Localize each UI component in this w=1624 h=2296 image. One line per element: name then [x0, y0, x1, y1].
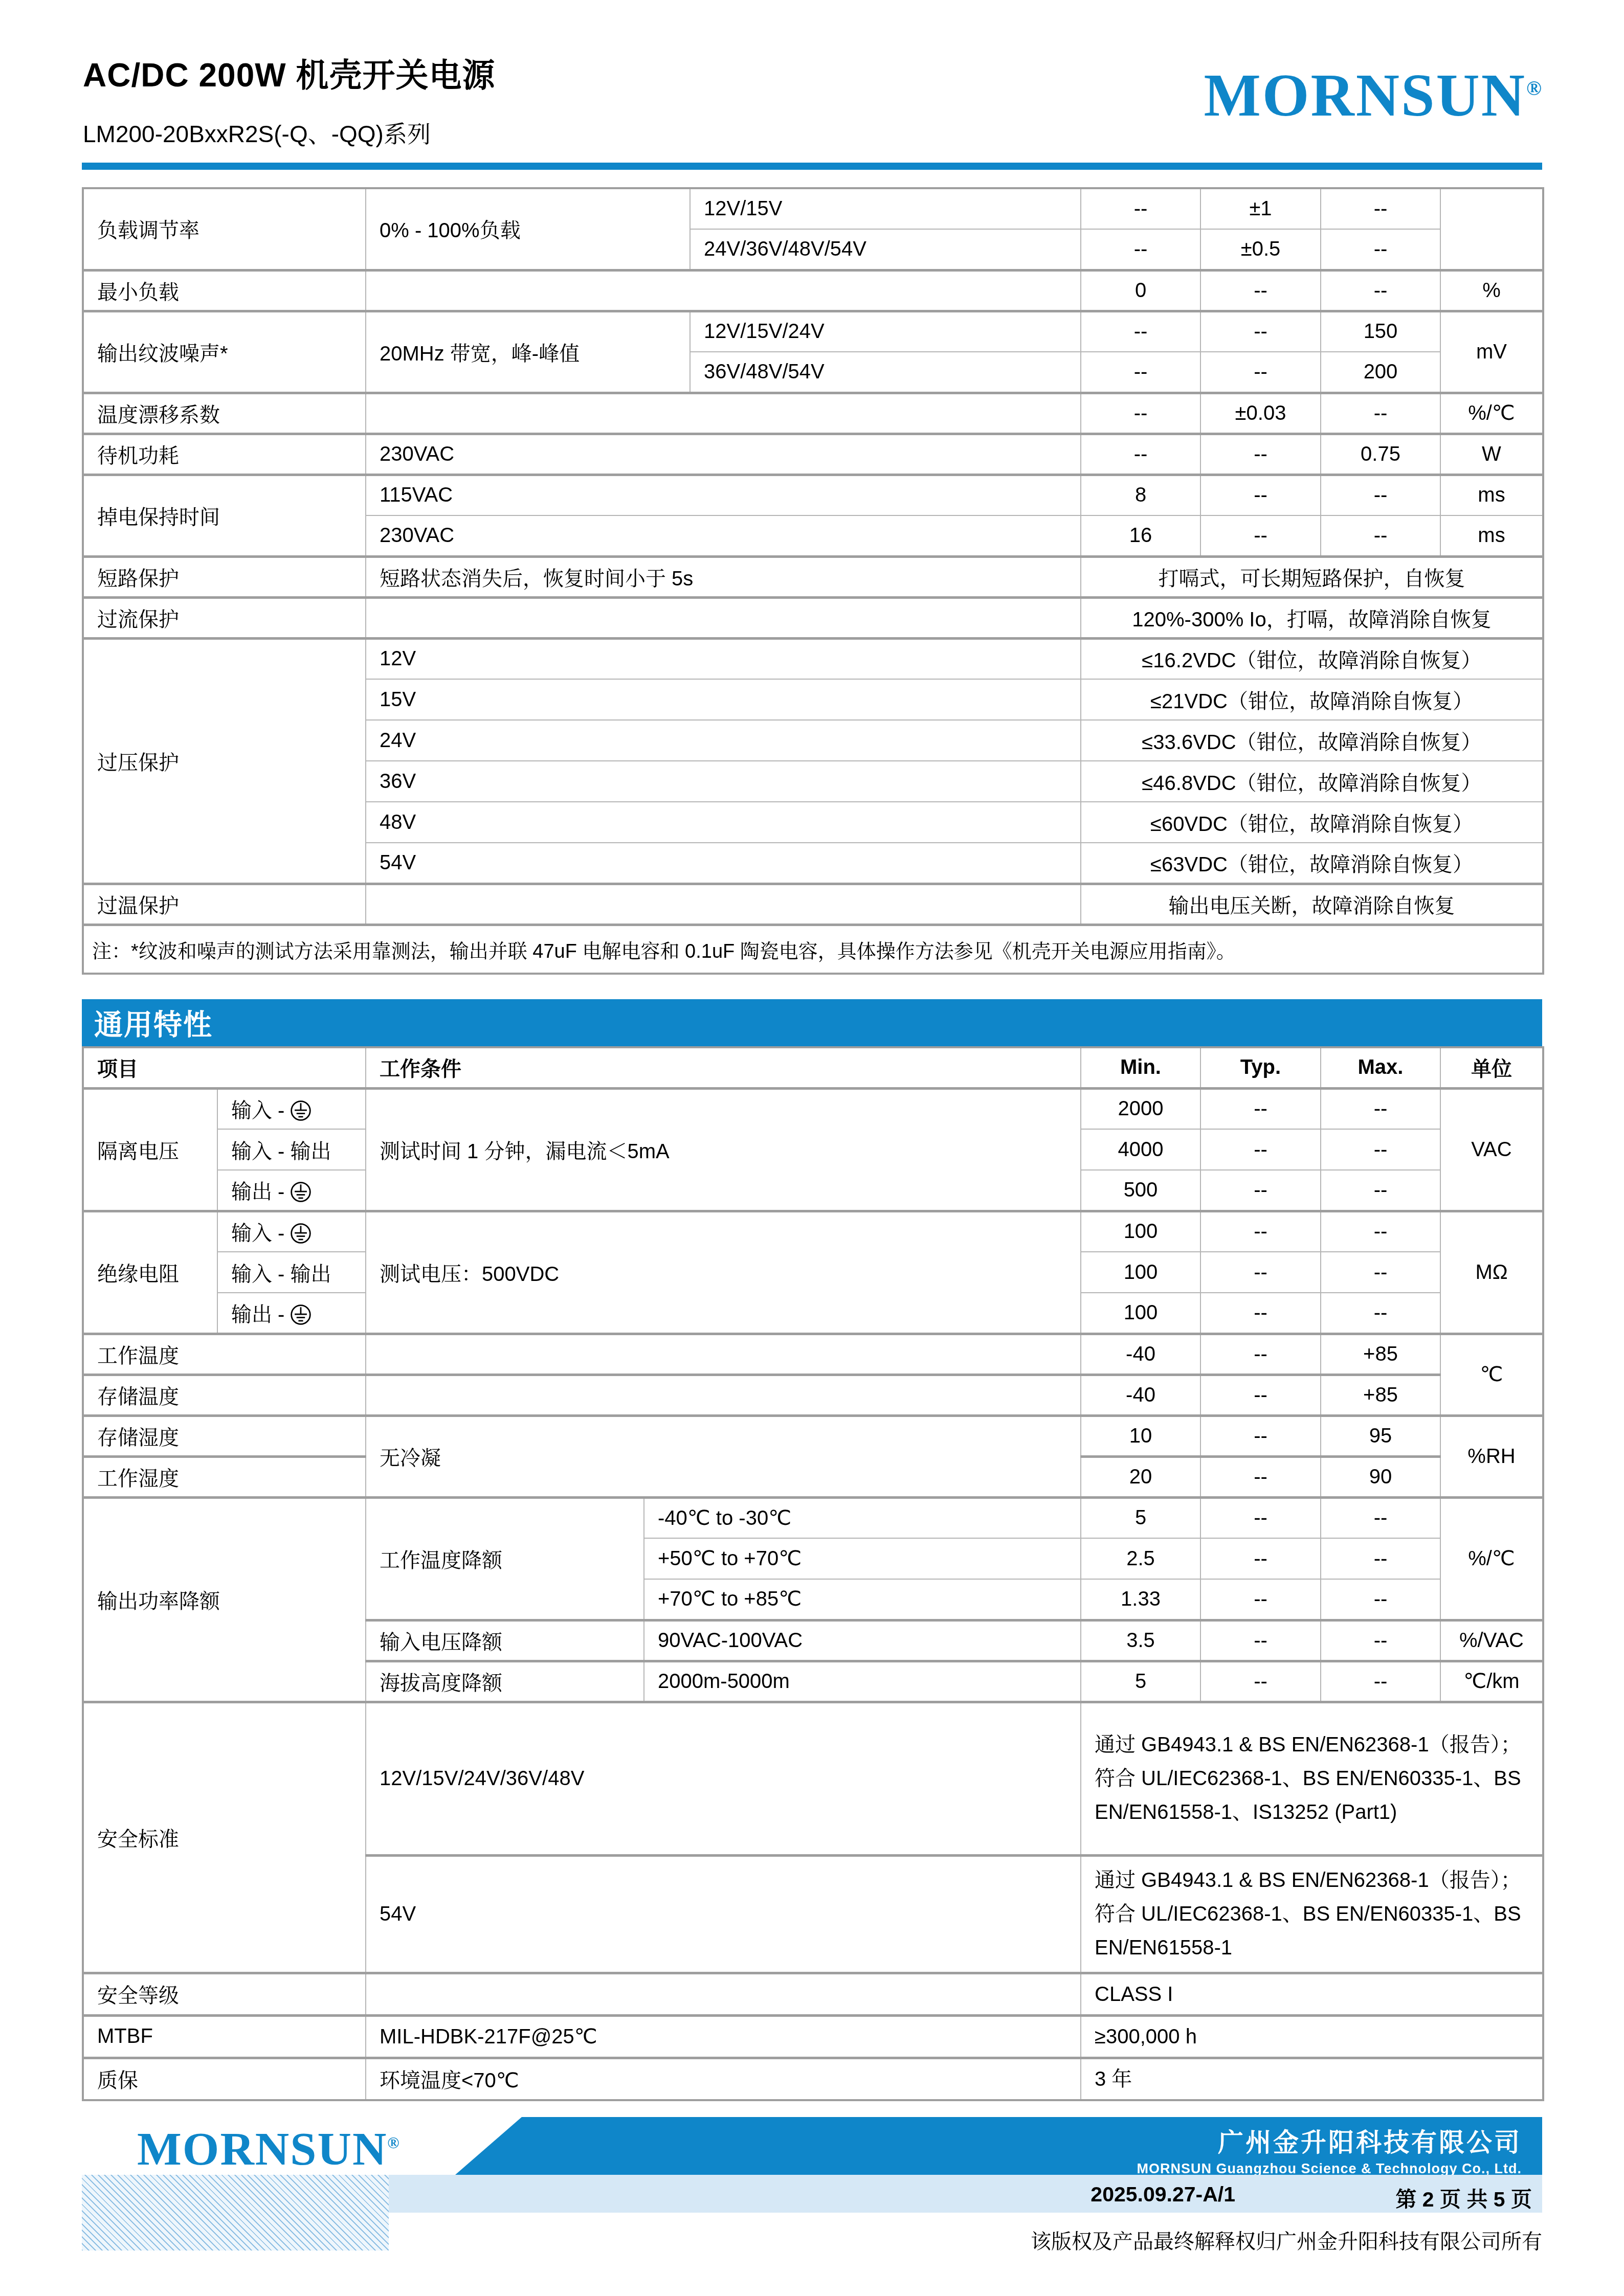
- cell-max: 90: [1321, 1456, 1440, 1497]
- cell-max: --: [1321, 1538, 1440, 1579]
- cell-min: --: [1081, 229, 1200, 270]
- footer-registered-mark: ®: [387, 2134, 400, 2152]
- cell-typ: --: [1200, 434, 1321, 475]
- footer-mornsun-logo: MORNSUN®: [137, 2125, 401, 2172]
- cell-unit: VAC: [1440, 1088, 1543, 1211]
- cell-condition: 230VAC: [366, 434, 1081, 475]
- cell-value: 通过 GB4943.1 & BS EN/EN62368-1（报告）；符合 UL/…: [1081, 1855, 1543, 1973]
- cell-label: 绝缘电阻: [83, 1211, 217, 1334]
- company-name-cn: 广州金升阳科技有限公司: [455, 2122, 1522, 2159]
- path-text: 输入 -: [231, 1099, 284, 1122]
- cell-sublabel: 工作温度降额: [366, 1497, 644, 1620]
- cell-subcondition: 54V: [366, 843, 1081, 884]
- cell-unit: ms: [1440, 475, 1543, 515]
- cell-value: 通过 GB4943.1 & BS EN/EN62368-1（报告）；符合 UL/…: [1081, 1702, 1543, 1855]
- path-text: 输入 - 输出: [231, 1140, 331, 1163]
- cell-min: 16: [1081, 515, 1200, 556]
- cell-typ: --: [1200, 1211, 1321, 1252]
- cell-unit: %/℃: [1440, 393, 1543, 434]
- cell-max: +85: [1321, 1334, 1440, 1375]
- cell-typ: --: [1200, 515, 1321, 556]
- header-max: Max.: [1321, 1047, 1440, 1088]
- cell-condition: [366, 884, 1081, 925]
- cell-unit: W: [1440, 434, 1543, 475]
- cell-label: 质保: [83, 2058, 366, 2100]
- cell-min: 8: [1081, 475, 1200, 515]
- footer-logo-text: MORNSUN: [137, 2123, 387, 2175]
- cell-max: --: [1321, 1661, 1440, 1702]
- cell-unit: %: [1440, 270, 1543, 311]
- cell-typ: ±0.03: [1200, 393, 1321, 434]
- header-condition: 工作条件: [366, 1047, 1081, 1088]
- cell-path: 输入 -: [217, 1211, 366, 1252]
- cell-condition: [366, 1334, 1081, 1375]
- cell-value: ≤60VDC（钳位，故障消除自恢复）: [1081, 802, 1543, 843]
- cell-max: --: [1321, 1252, 1440, 1293]
- cell-typ: --: [1200, 1129, 1321, 1170]
- cell-condition: 测试电压：500VDC: [366, 1211, 1081, 1334]
- cell-condition: [366, 393, 1081, 434]
- header-unit: 单位: [1440, 1047, 1543, 1088]
- cell-max: +85: [1321, 1375, 1440, 1415]
- protective-earth-icon: [290, 1222, 312, 1245]
- cell-unit: mV: [1440, 311, 1543, 393]
- cell-value: ≤21VDC（钳位，故障消除自恢复）: [1081, 679, 1543, 720]
- cell-condition: [366, 270, 1081, 311]
- header-rule: [82, 163, 1542, 170]
- general-table: 项目 工作条件 Min. Typ. Max. 单位 隔离电压 输入 - 测试时间…: [82, 1046, 1544, 2101]
- cell-condition: 测试时间 1 分钟，漏电流＜5mA: [366, 1088, 1081, 1211]
- cell-min: 5: [1081, 1497, 1200, 1538]
- cell-condition: [366, 597, 1081, 638]
- cell-path: 输入 - 输出: [217, 1252, 366, 1293]
- cell-unit: %RH: [1440, 1415, 1543, 1497]
- cell-typ: --: [1200, 1375, 1321, 1415]
- cell-max: --: [1321, 1579, 1440, 1620]
- cell-min: 2.5: [1081, 1538, 1200, 1579]
- cell-value: 3 年: [1081, 2058, 1543, 2100]
- cell-label: 过压保护: [83, 638, 366, 884]
- cell-subcondition: 48V: [366, 802, 1081, 843]
- cell-subcondition: 36V: [366, 761, 1081, 802]
- cell-typ: --: [1200, 1252, 1321, 1293]
- cell-label: 过流保护: [83, 597, 366, 638]
- cell-condition: MIL-HDBK-217F@25℃: [366, 2015, 1081, 2058]
- cell-value: 输出电压关断，故障消除自恢复: [1081, 884, 1543, 925]
- cell-max: 200: [1321, 352, 1440, 393]
- header-item: 项目: [83, 1047, 366, 1088]
- header-typ: Typ.: [1200, 1047, 1321, 1088]
- cell-max: --: [1321, 475, 1440, 515]
- registered-mark: ®: [1526, 77, 1543, 100]
- cell-typ: --: [1200, 270, 1321, 311]
- cell-min: 2000: [1081, 1088, 1200, 1129]
- cell-path: 输出 -: [217, 1170, 366, 1211]
- cell-min: --: [1081, 352, 1200, 393]
- cell-subcondition: -40℃ to -30℃: [644, 1497, 1081, 1538]
- cell-unit: ℃: [1440, 1334, 1543, 1415]
- cell-max: --: [1321, 270, 1440, 311]
- cell-typ: --: [1200, 311, 1321, 352]
- cell-subcondition: 12V/15V/24V: [690, 311, 1081, 352]
- cell-value: ≥300,000 h: [1081, 2015, 1543, 2058]
- cell-min: 100: [1081, 1293, 1200, 1334]
- cell-condition: 短路状态消失后，恢复时间小于 5s: [366, 556, 1081, 597]
- cell-condition: 无冷凝: [366, 1415, 1081, 1497]
- cell-typ: --: [1200, 1620, 1321, 1661]
- cell-unit: MΩ: [1440, 1211, 1543, 1334]
- cell-label: 过温保护: [83, 884, 366, 925]
- cell-label: 安全等级: [83, 1973, 366, 2015]
- path-text: 输入 -: [231, 1222, 284, 1245]
- cell-max: --: [1321, 1497, 1440, 1538]
- cell-label: 隔离电压: [83, 1088, 217, 1211]
- page-footer: MORNSUN® 广州金升阳科技有限公司 MORNSUN Guangzhou S…: [82, 2117, 1542, 2296]
- cell-max: 0.75: [1321, 434, 1440, 475]
- cell-condition: [366, 1973, 1081, 2015]
- cell-max: 95: [1321, 1415, 1440, 1456]
- cell-unit: %/VAC: [1440, 1620, 1543, 1661]
- cell-subcondition: +70℃ to +85℃: [644, 1579, 1081, 1620]
- cell-subcondition: 12V: [366, 638, 1081, 679]
- copyright-line: 该版权及产品最终解释权归广州金升阳科技有限公司所有: [1031, 2225, 1542, 2255]
- cell-min: -40: [1081, 1375, 1200, 1415]
- cell-typ: --: [1200, 1456, 1321, 1497]
- cell-min: --: [1081, 311, 1200, 352]
- cell-subcondition: 12V/15V: [690, 188, 1081, 229]
- cell-min: --: [1081, 434, 1200, 475]
- cell-label: 待机功耗: [83, 434, 366, 475]
- mornsun-logo: MORNSUN®: [1204, 65, 1543, 126]
- cell-typ: ±0.5: [1200, 229, 1321, 270]
- cell-label: 最小负载: [83, 270, 366, 311]
- cell-subcondition: 15V: [366, 679, 1081, 720]
- cell-sublabel: 输入电压降额: [366, 1620, 644, 1661]
- spec-table: 负载调节率 0% - 100%负载 12V/15V -- ±1 -- 24V/3…: [82, 187, 1544, 975]
- protective-earth-icon: [290, 1181, 312, 1203]
- cell-typ: --: [1200, 1579, 1321, 1620]
- cell-subcondition: 24V/36V/48V/54V: [690, 229, 1081, 270]
- cell-subcondition: 12V/15V/24V/36V/48V: [366, 1702, 1081, 1855]
- cell-subcondition: 24V: [366, 720, 1081, 761]
- cell-label: 安全标准: [83, 1702, 366, 1973]
- cell-subcondition: 2000m-5000m: [644, 1661, 1081, 1702]
- section-title-general-characteristics: 通用特性: [82, 999, 1542, 1046]
- cell-min: --: [1081, 393, 1200, 434]
- cell-min: 0: [1081, 270, 1200, 311]
- cell-subcondition: +50℃ to +70℃: [644, 1538, 1081, 1579]
- cell-max: --: [1321, 229, 1440, 270]
- cell-typ: --: [1200, 1497, 1321, 1538]
- cell-max: --: [1321, 1129, 1440, 1170]
- cell-min: 1.33: [1081, 1579, 1200, 1620]
- cell-max: --: [1321, 393, 1440, 434]
- protective-earth-icon: [290, 1099, 312, 1122]
- cell-unit: %/℃: [1440, 1497, 1543, 1620]
- cell-min: --: [1081, 188, 1200, 229]
- cell-unit: [1440, 188, 1543, 270]
- cell-label: 存储湿度: [83, 1415, 366, 1456]
- cell-subcondition: 36V/48V/54V: [690, 352, 1081, 393]
- cell-label: 掉电保持时间: [83, 475, 366, 556]
- cell-typ: --: [1200, 1415, 1321, 1456]
- cell-label: 温度漂移系数: [83, 393, 366, 434]
- datasheet-page: AC/DC 200W 机壳开关电源 LM200-20BxxR2S(-Q、-QQ)…: [0, 0, 1624, 2296]
- cell-subcondition: 90VAC-100VAC: [644, 1620, 1081, 1661]
- cell-label: 存储温度: [83, 1375, 366, 1415]
- cell-value: CLASS I: [1081, 1973, 1543, 2015]
- cell-min: 3.5: [1081, 1620, 1200, 1661]
- cell-value: ≤16.2VDC（钳位，故障消除自恢复）: [1081, 638, 1543, 679]
- doc-version: 2025.09.27-A/1: [1091, 2182, 1235, 2207]
- cell-max: --: [1321, 1170, 1440, 1211]
- cell-max: --: [1321, 188, 1440, 229]
- path-text: 输入 - 输出: [231, 1263, 331, 1286]
- cell-typ: --: [1200, 1661, 1321, 1702]
- protective-earth-icon: [290, 1303, 312, 1326]
- cell-typ: --: [1200, 1088, 1321, 1129]
- cell-path: 输入 - 输出: [217, 1129, 366, 1170]
- hatch-pattern: [82, 2175, 389, 2250]
- cell-label: 短路保护: [83, 556, 366, 597]
- header-min: Min.: [1081, 1047, 1200, 1088]
- cell-min: 10: [1081, 1415, 1200, 1456]
- cell-label: MTBF: [83, 2015, 366, 2058]
- cell-subcondition: 54V: [366, 1855, 1081, 1973]
- cell-min: 4000: [1081, 1129, 1200, 1170]
- cell-label: 输出纹波噪声*: [83, 311, 366, 393]
- cell-min: 20: [1081, 1456, 1200, 1497]
- cell-condition: 115VAC: [366, 475, 1081, 515]
- cell-min: 500: [1081, 1170, 1200, 1211]
- cell-typ: ±1: [1200, 188, 1321, 229]
- cell-value: 120%-300% Io，打嗝，故障消除自恢复: [1081, 597, 1543, 638]
- cell-condition: 20MHz 带宽，峰-峰值: [366, 311, 690, 393]
- cell-typ: --: [1200, 352, 1321, 393]
- cell-max: --: [1321, 1293, 1440, 1334]
- cell-max: --: [1321, 1088, 1440, 1129]
- cell-condition: 0% - 100%负载: [366, 188, 690, 270]
- mornsun-logo-text: MORNSUN: [1204, 62, 1526, 129]
- cell-typ: --: [1200, 1293, 1321, 1334]
- cell-unit: ms: [1440, 515, 1543, 556]
- section-title-text: 通用特性: [94, 1002, 213, 1043]
- cell-typ: --: [1200, 475, 1321, 515]
- path-text: 输出 -: [231, 1181, 284, 1203]
- cell-condition: 环境温度<70℃: [366, 2058, 1081, 2100]
- cell-max: --: [1321, 1620, 1440, 1661]
- cell-max: 150: [1321, 311, 1440, 352]
- page-number: 第 2 页 共 5 页: [1395, 2182, 1532, 2213]
- cell-value: ≤46.8VDC（钳位，故障消除自恢复）: [1081, 761, 1543, 802]
- company-banner: 广州金升阳科技有限公司 MORNSUN Guangzhou Science & …: [455, 2117, 1542, 2175]
- cell-condition: 230VAC: [366, 515, 1081, 556]
- cell-label: 工作温度: [83, 1334, 366, 1375]
- page-subtitle: LM200-20BxxR2S(-Q、-QQ)系列: [83, 116, 431, 149]
- page-title: AC/DC 200W 机壳开关电源: [83, 49, 495, 96]
- cell-typ: --: [1200, 1538, 1321, 1579]
- cell-min: 100: [1081, 1211, 1200, 1252]
- table-note: 注：*纹波和噪声的测试方法采用靠测法，输出并联 47uF 电解电容和 0.1uF…: [83, 925, 1543, 974]
- cell-unit: ℃/km: [1440, 1661, 1543, 1702]
- cell-value: ≤33.6VDC（钳位，故障消除自恢复）: [1081, 720, 1543, 761]
- cell-condition: [366, 1375, 1081, 1415]
- cell-min: -40: [1081, 1334, 1200, 1375]
- cell-path: 输出 -: [217, 1293, 366, 1334]
- cell-label: 负载调节率: [83, 188, 366, 270]
- cell-sublabel: 海拔高度降额: [366, 1661, 644, 1702]
- cell-label: 工作湿度: [83, 1456, 366, 1497]
- cell-typ: --: [1200, 1334, 1321, 1375]
- cell-value: 打嗝式，可长期短路保护，自恢复: [1081, 556, 1543, 597]
- cell-min: 5: [1081, 1661, 1200, 1702]
- cell-max: --: [1321, 515, 1440, 556]
- cell-min: 100: [1081, 1252, 1200, 1293]
- cell-typ: --: [1200, 1170, 1321, 1211]
- cell-value: ≤63VDC（钳位，故障消除自恢复）: [1081, 843, 1543, 884]
- cell-label: 输出功率降额: [83, 1497, 366, 1702]
- path-text: 输出 -: [231, 1303, 284, 1326]
- cell-path: 输入 -: [217, 1088, 366, 1129]
- cell-max: --: [1321, 1211, 1440, 1252]
